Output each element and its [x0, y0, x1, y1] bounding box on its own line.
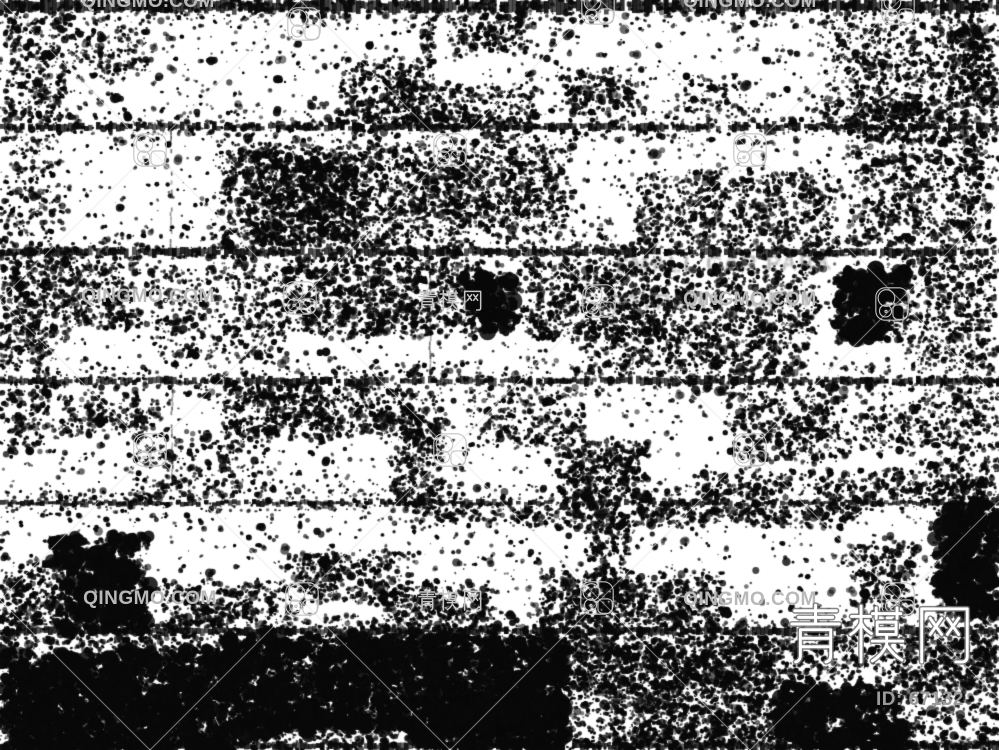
stamp-line2: PATRONS ONLY	[609, 286, 816, 317]
stamp-line1: SMALL CAR PARK	[614, 248, 833, 279]
grunge-brick-texture-canvas	[0, 0, 999, 750]
texture-preview-image: SMALL CAR PARK PATRONS ONLY QINGMO.COMQI…	[0, 0, 999, 750]
